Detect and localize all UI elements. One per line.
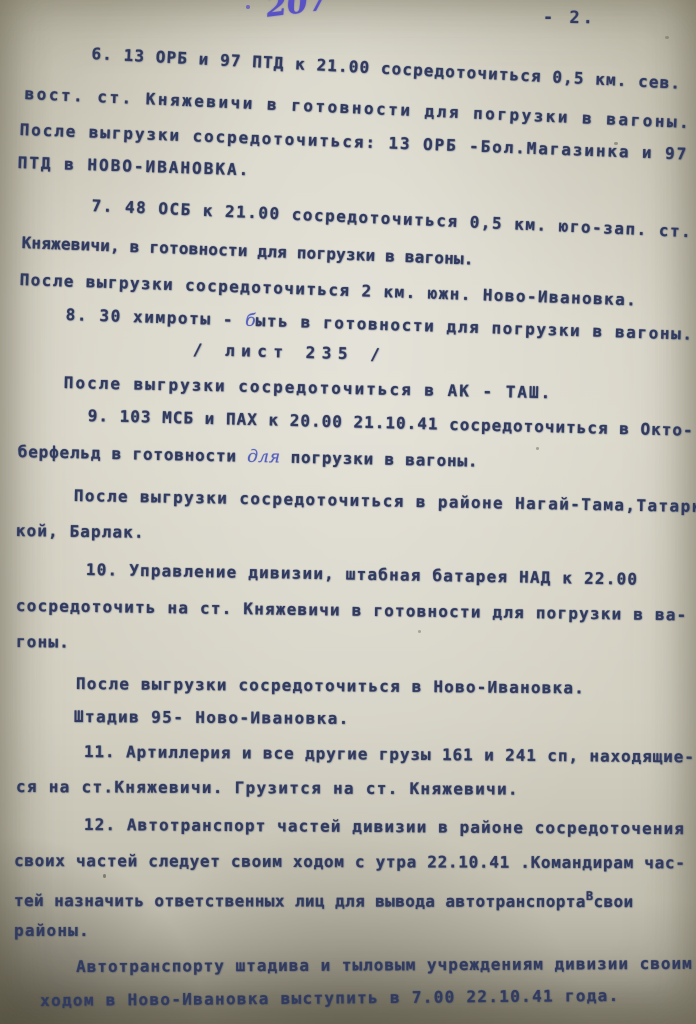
document-line: 7. 48 ОСБ к 21.00 сосредоточиться 0,5 км… xyxy=(91,196,692,242)
document-line: берфельд в готовности для погрузки в ваг… xyxy=(18,442,479,472)
paper-speck xyxy=(418,630,421,633)
page-number: - 2. xyxy=(543,8,596,29)
document-line: районы. xyxy=(14,921,90,941)
typed-text: / лист 235 / xyxy=(193,340,387,364)
typed-text: Штадив 95- Ново-Ивановка. xyxy=(74,707,350,728)
typed-text: После выгрузки сосредоточиться в районе … xyxy=(74,486,696,516)
typed-text: 12. Автотранспорт частей дивизии в район… xyxy=(84,815,685,838)
document-line: своих частей следует своим ходом с утра … xyxy=(14,851,686,873)
document-line: После выгрузки сосредоточиться в АК - ТА… xyxy=(64,373,553,403)
document-line: / лист 235 / xyxy=(192,340,386,365)
document-line: После выгрузки сосредоточиться в Ново-Ив… xyxy=(76,674,585,698)
typed-text: В xyxy=(586,889,594,903)
document-line: гоны. xyxy=(16,632,70,653)
document-line: Княжевичи, в готовности для погрузки в в… xyxy=(21,233,474,270)
paper-speck xyxy=(665,36,669,39)
document-line: 6. 13 ОРБ и 97 ПТД к 21.00 сосредоточить… xyxy=(91,44,682,94)
typed-text: 10. Управление дивизии, штабная батарея … xyxy=(86,560,639,589)
document-line: Штадив 95- Ново-Ивановка. xyxy=(74,707,350,729)
typed-text: 6. 13 ОРБ и 97 ПТД к 21.00 сосредоточить… xyxy=(91,44,682,93)
typed-text: 9. 103 МСБ и ПАХ к 20.00 21.10.41 сосред… xyxy=(88,406,694,440)
handwritten-word: для xyxy=(247,447,280,468)
typed-text: гоны. xyxy=(16,632,70,652)
typed-text: После выгрузки сосредоточиться в АК - ТА… xyxy=(64,373,553,402)
typed-text: Автотранспорту штадива и тыловым учрежде… xyxy=(76,954,693,976)
typed-text: тей назначить ответственных лиц для выво… xyxy=(14,891,586,911)
paper-speck xyxy=(536,447,539,450)
typed-text: После выгрузки сосредоточиться 2 км. южн… xyxy=(19,270,637,309)
document-line: 9. 103 МСБ и ПАХ к 20.00 21.10.41 сосред… xyxy=(88,406,694,441)
document-line: ходом в Ново-Ивановка выступить в 7.00 2… xyxy=(40,986,620,1011)
typed-text: берфельд в готовности xyxy=(18,442,248,466)
typed-text: кой, Барлак. xyxy=(16,521,145,542)
typed-text: сосредоточить на ст. Княжевичи в готовно… xyxy=(16,596,688,624)
handwritten-mark: 207 xyxy=(264,0,330,25)
typed-text: свои xyxy=(593,892,633,911)
document-line: Автотранспорту штадива и тыловым учрежде… xyxy=(76,954,693,977)
document-line: После выгрузки сосредоточиться в районе … xyxy=(74,486,696,517)
typed-text: районы. xyxy=(14,921,90,940)
paper-speck xyxy=(103,874,106,878)
document-line: сосредоточить на ст. Княжевичи в готовно… xyxy=(16,596,688,625)
document-line: 11. Артиллерия и все другие грузы 161 и … xyxy=(84,742,695,767)
typed-text: 8. 30 химроты - xyxy=(65,305,245,330)
typed-text: ПТД в НОВО-ИВАНОВКА. xyxy=(17,153,250,179)
document-line: ся на ст.Княжевичи. Грузится на ст. Княж… xyxy=(16,777,519,800)
document-line: ПТД в НОВО-ИВАНОВКА. xyxy=(17,153,250,180)
document-line: 8. 30 химроты - быть в готовности для по… xyxy=(65,305,694,345)
typed-text: Княжевичи, в готовности для погрузки в в… xyxy=(21,233,474,269)
typed-text: ся на ст.Княжевичи. Грузится на ст. Княж… xyxy=(16,777,519,799)
document-line: 10. Управление дивизии, штабная батарея … xyxy=(86,560,639,590)
typed-text: 11. Артиллерия и все другие грузы 161 и … xyxy=(84,742,695,766)
ink-dot xyxy=(246,5,250,9)
document-line: После выгрузки сосредоточиться 2 км. южн… xyxy=(19,270,637,310)
document-line: тей назначить ответственных лиц для выво… xyxy=(14,885,634,912)
typed-text: После выгрузки сосредоточиться в Ново-Ив… xyxy=(76,674,585,697)
paper-speck xyxy=(614,142,618,145)
document-line: кой, Барлак. xyxy=(16,521,145,543)
typed-text: погрузки в вагоны. xyxy=(280,447,479,470)
typed-text: своих частей следует своим ходом с утра … xyxy=(14,851,686,872)
typed-text: ыть в готовности для погрузки в вагоны. xyxy=(255,311,693,344)
document-page: 207 - 2. 6. 13 ОРБ и 97 ПТД к 21.00 соср… xyxy=(0,0,696,1024)
typed-text: ходом в Ново-Ивановка выступить в 7.00 2… xyxy=(40,986,620,1010)
document-line: 12. Автотранспорт частей дивизии в район… xyxy=(84,815,685,839)
typed-text: 7. 48 ОСБ к 21.00 сосредоточиться 0,5 км… xyxy=(91,196,692,241)
